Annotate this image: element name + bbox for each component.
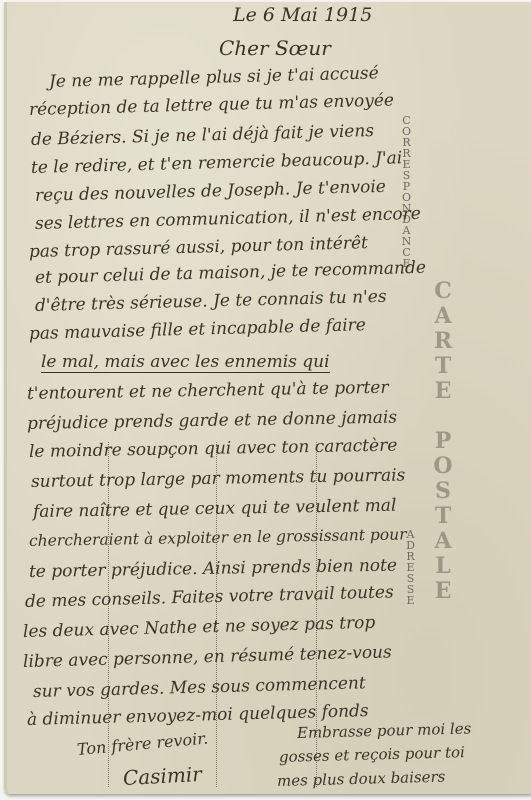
letter-line: libre avec personne, en résumé tenez-vou… — [23, 642, 392, 672]
letter-line: réception de ta lettre que tu m'as envoy… — [29, 90, 394, 120]
letter-line: les deux avec Nathe et ne soyez pas trop — [23, 613, 376, 642]
letter-line: d'être très sérieuse. Je te connais tu n… — [35, 287, 387, 316]
postcard: CORRESPONDANCE ADRESSE CARTE POSTALE Le … — [4, 2, 531, 794]
letter-line: préjudice prends garde et ne donne jamai… — [27, 408, 397, 434]
letter-line: de Béziers. Si je ne l'ai déjà fait je v… — [31, 121, 375, 150]
letter-line: pas mauvaise fille et incapable de faire — [29, 315, 366, 344]
letter-line: Je ne me rappelle plus si je t'ai accusé — [49, 63, 379, 92]
letter-line: et pour celui de ta maison, je te recomm… — [35, 258, 426, 288]
letter-line: surtout trop large par moments tu pourra… — [31, 465, 406, 492]
letter-line: le moindre soupçon qui avec ton caractèr… — [29, 436, 398, 462]
letter-line: te porter préjudice. Ainsi prends bien n… — [29, 556, 397, 582]
signature: Casimir — [122, 762, 202, 790]
letter-line: le mal, mais avec les ennemis qui — [41, 352, 330, 373]
letter-date: Le 6 Mai 1915 — [233, 4, 372, 26]
letter-line: reçu des nouvelles de Joseph. Je t'envoi… — [35, 177, 386, 206]
letter-line: pas trop rassuré aussi, pour ton intérêt — [29, 233, 368, 262]
letter-line: faire naître et que ceux qui te veulent … — [33, 496, 397, 522]
letter-salutation: Cher Sœur — [219, 36, 331, 60]
letter-line: ses lettres en communication, il n'est e… — [35, 204, 421, 234]
closing-left-line: Ton frère revoir. — [76, 729, 209, 759]
closing-right-line: mes plus doux baisers — [277, 768, 446, 790]
closing-right-line: gosses et reçois pour toi — [279, 743, 465, 766]
dotted-divider — [216, 442, 217, 787]
printed-label-carte-postale: CARTE POSTALE — [432, 278, 454, 603]
letter-line: t'entourent et ne cherchent qu'à te port… — [27, 378, 389, 404]
printed-label-correspondance: CORRESPONDANCE — [401, 114, 412, 268]
letter-line: te le redire, et t'en remercie beaucoup.… — [31, 148, 403, 178]
letter-line: chercheraient à exploiter en le grossiss… — [29, 525, 407, 550]
dotted-divider — [108, 442, 109, 787]
letter-line: de mes conseils. Faites votre travail to… — [25, 582, 394, 612]
closing-right-line: Embrasse pour moi les — [297, 719, 472, 742]
